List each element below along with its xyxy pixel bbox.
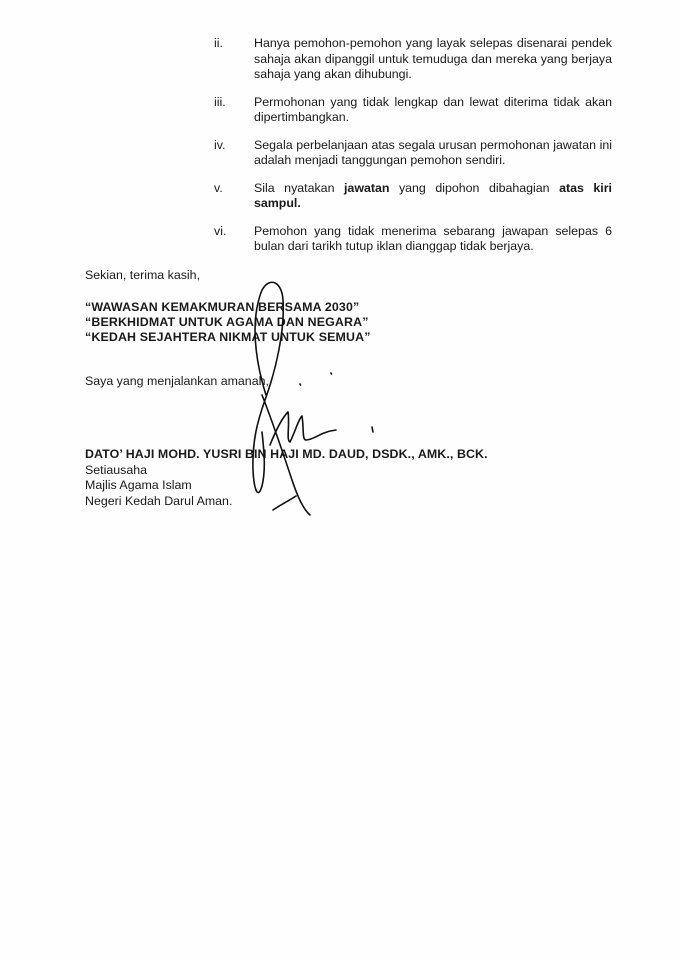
signatory-name: DATO’ HAJI MOHD. YUSRI BIN HAJI MD. DAUD… (85, 447, 488, 463)
item-text: Segala perbelanjaan atas segala urusan p… (254, 138, 612, 169)
item-number: iv. (214, 138, 254, 169)
item-number: v. (214, 181, 254, 212)
item-text: Pemohon yang tidak menerima sebarang jaw… (254, 224, 612, 255)
list-item: iii. Permohonan yang tidak lengkap dan l… (214, 95, 612, 126)
item-number: vi. (214, 224, 254, 255)
list-item: v. Sila nyatakan jawatan yang dipohon di… (214, 181, 612, 212)
mottos: “WAWASAN KEMAKMURAN BERSAMA 2030” “BERKH… (85, 300, 371, 345)
item-text: Hanya pemohon-pemohon yang layak selepas… (254, 36, 612, 83)
text-run: Sila nyatakan (254, 181, 344, 195)
text-run: yang dipohon dibahagian (389, 181, 559, 195)
list-item: vi. Pemohon yang tidak menerima sebarang… (214, 224, 612, 255)
signatory-title: Setiausaha (85, 463, 488, 479)
document-page: ii. Hanya pemohon-pemohon yang layak sel… (0, 0, 680, 960)
amanah-line: Saya yang menjalankan amanah, (85, 374, 269, 390)
text-run: Hanya pemohon-pemohon yang layak selepas… (254, 36, 612, 81)
item-number: ii. (214, 36, 254, 83)
conditions-list: ii. Hanya pemohon-pemohon yang layak sel… (214, 36, 612, 267)
emphasis-text: jawatan (344, 181, 389, 195)
signatory-org: Majlis Agama Islam (85, 478, 488, 494)
list-item: iv. Segala perbelanjaan atas segala urus… (214, 138, 612, 169)
text-run: Permohonan yang tidak lengkap dan lewat … (254, 95, 612, 125)
motto-line: “BERKHIDMAT UNTUK AGAMA DAN NEGARA” (85, 315, 371, 330)
signatory-org-state: Negeri Kedah Darul Aman. (85, 494, 488, 510)
motto-line: “WAWASAN KEMAKMURAN BERSAMA 2030” (85, 300, 371, 315)
signatory-block: DATO’ HAJI MOHD. YUSRI BIN HAJI MD. DAUD… (85, 447, 488, 509)
item-text: Permohonan yang tidak lengkap dan lewat … (254, 95, 612, 126)
motto-line: “KEDAH SEJAHTERA NIKMAT UNTUK SEMUA” (85, 330, 371, 345)
item-text: Sila nyatakan jawatan yang dipohon dibah… (254, 181, 612, 212)
text-run: Segala perbelanjaan atas segala urusan p… (254, 138, 612, 168)
list-item: ii. Hanya pemohon-pemohon yang layak sel… (214, 36, 612, 83)
item-number: iii. (214, 95, 254, 126)
closing-line: Sekian, terima kasih, (85, 268, 200, 284)
text-run: Pemohon yang tidak menerima sebarang jaw… (254, 224, 612, 254)
